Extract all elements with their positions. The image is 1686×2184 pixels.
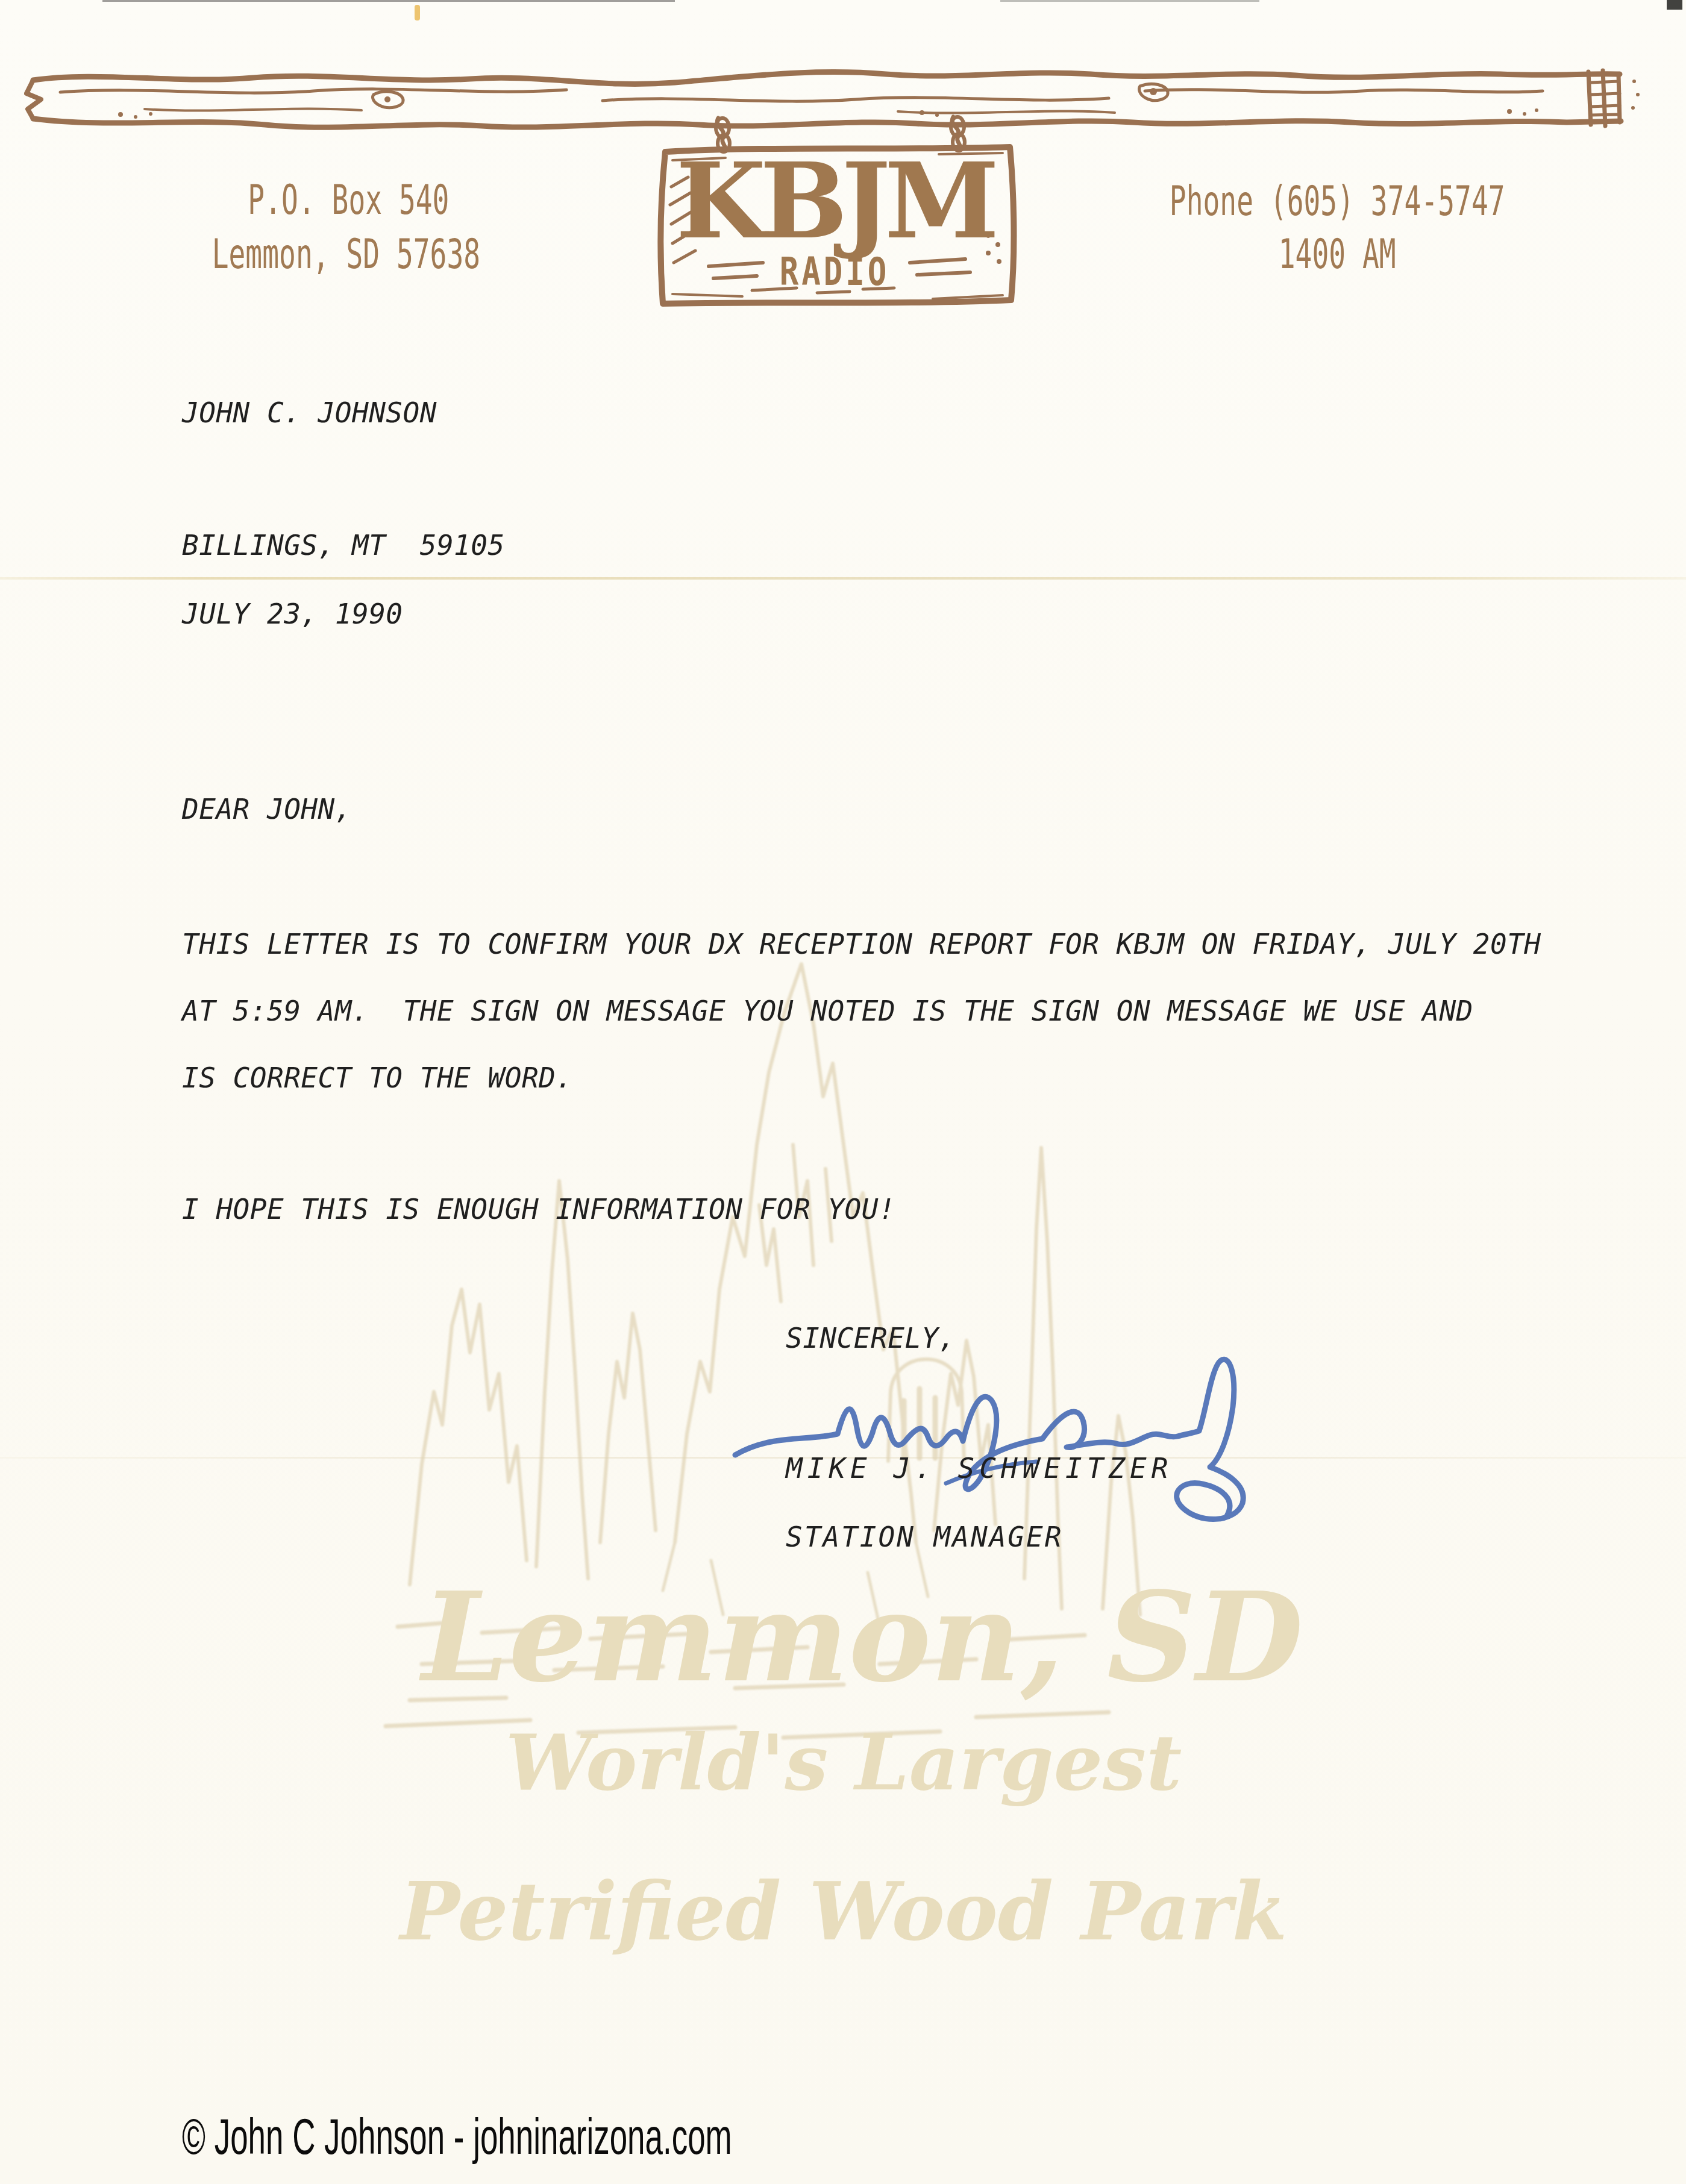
copyright-line: © John C Johnson - johninarizona.com <box>182 2107 732 2166</box>
scan-edge-artifact <box>1000 0 1259 2</box>
station-callsign: KBJM <box>666 149 1003 253</box>
watermark-line3: Petrified Wood Park <box>392 1873 1296 1952</box>
fold-line <box>0 577 1686 580</box>
body-line-3: IS CORRECT TO THE WORD. <box>182 1063 572 1094</box>
scan-corner-mark <box>1667 0 1682 10</box>
scan-edge-artifact <box>102 0 675 2</box>
letterhead-frequency: 1400 AM <box>1157 233 1517 278</box>
letterhead-city: Lemmon, SD 57638 <box>190 233 502 278</box>
recipient-city: BILLINGS, MT 59105 <box>182 530 505 561</box>
recipient-name: JOHN C. JOHNSON <box>182 398 437 428</box>
watermark-line1: Lemmon, SD <box>422 1576 1265 1700</box>
letter-date: JULY 23, 1990 <box>182 599 403 630</box>
body-line-2: AT 5:59 AM. THE SIGN ON MESSAGE YOU NOTE… <box>182 996 1473 1027</box>
signer-title: STATION MANAGER <box>786 1522 1063 1553</box>
watermark-line2: World's Largest <box>422 1724 1265 1801</box>
scanned-letter-page: Lemmon, SD World's Largest Petrified Woo… <box>0 0 1686 2184</box>
body-line-1: THIS LETTER IS TO CONFIRM YOUR DX RECEPT… <box>182 929 1541 960</box>
letterhead-po-box: P.O. Box 540 <box>193 178 504 224</box>
signature-image <box>717 1344 1259 1524</box>
salutation: DEAR JOHN, <box>182 794 352 825</box>
letterhead-phone: Phone (605) 374-5747 <box>1157 180 1517 225</box>
body-line-4: I HOPE THIS IS ENOUGH INFORMATION FOR YO… <box>182 1194 895 1225</box>
signer-name: MIKE J. SCHWEITZER <box>786 1453 1173 1484</box>
station-type-label: RADIO <box>696 253 973 292</box>
scan-speck-yellow <box>415 5 420 20</box>
